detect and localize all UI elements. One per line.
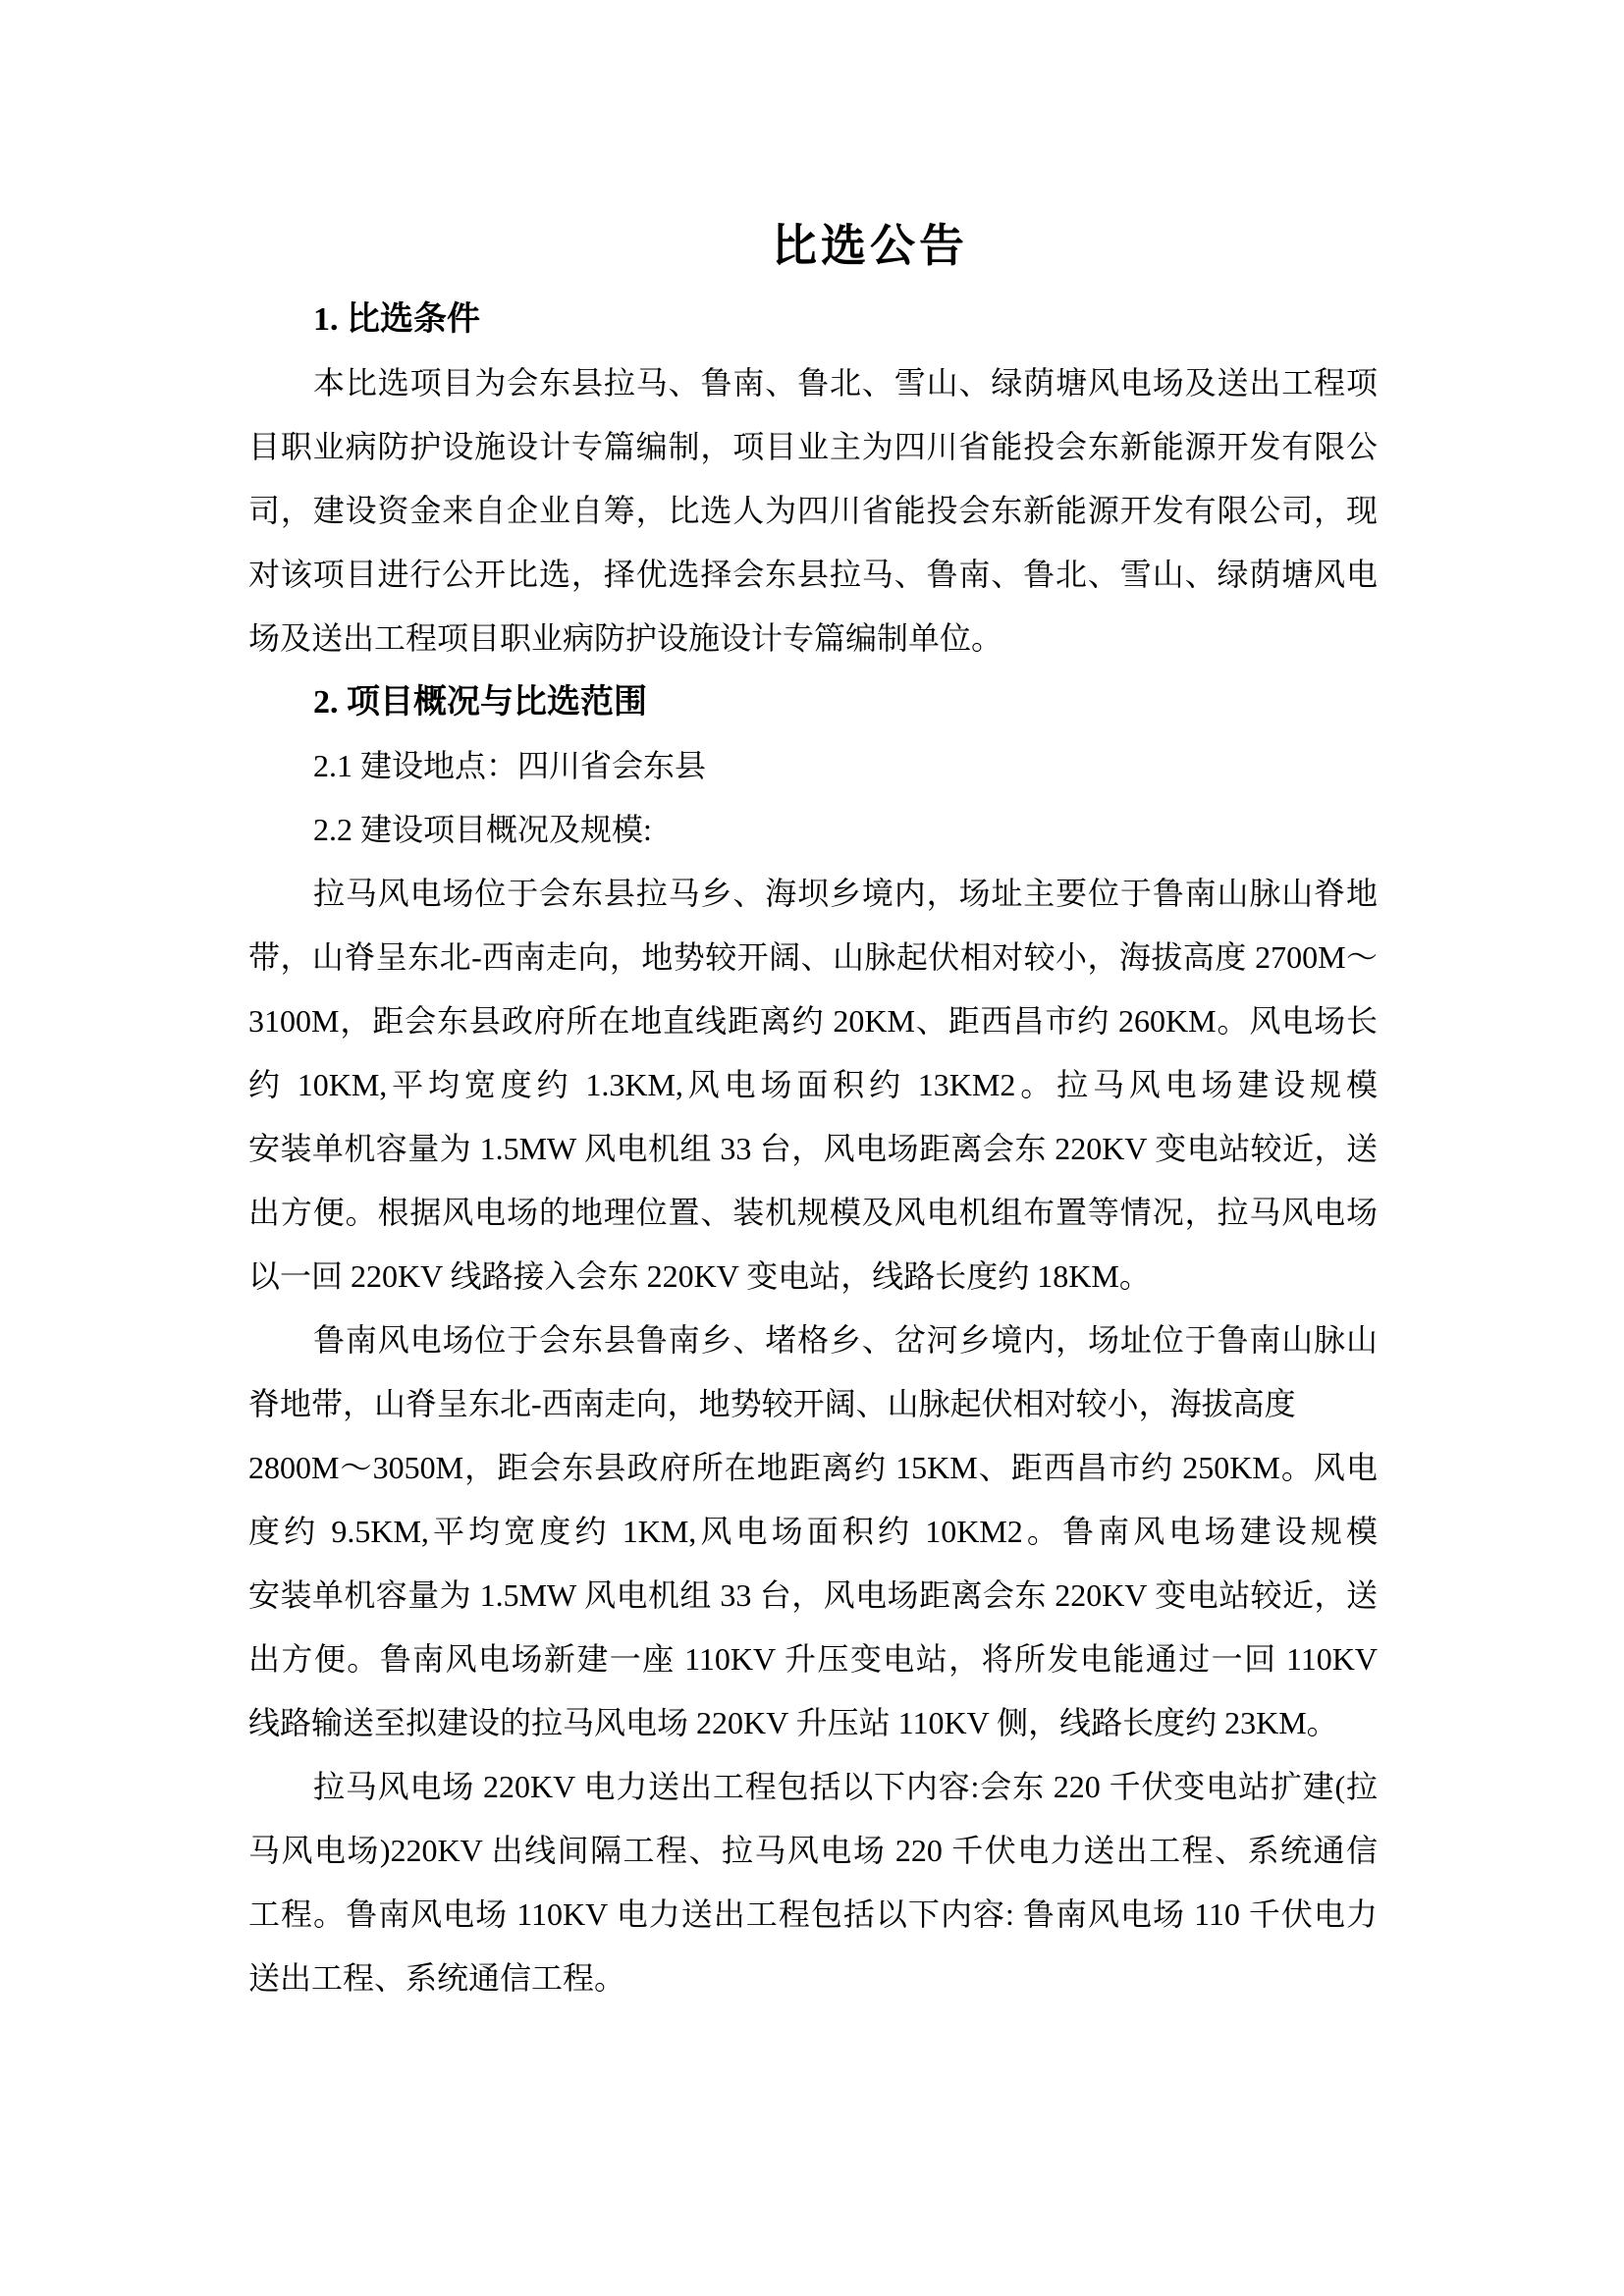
- paragraph-line: 2800M～3050M，距会东县政府所在地距离约 15KM、距西昌市约 250K…: [248, 1436, 1378, 1500]
- paragraph-line: 线路输送至拟建设的拉马风电场 220KV 升压站 110KV 侧，线路长度约 2…: [248, 1691, 1378, 1755]
- paragraph-line: 安装单机容量为 1.5MW 风电机组 33 台，风电场距离会东 220KV 变电…: [248, 1564, 1378, 1628]
- document-body: 1. 比选条件 本比选项目为会东县拉马、鲁南、鲁北、雪山、绿荫塘风电场及送出工程…: [248, 288, 1378, 2010]
- paragraph-line: 出方便。根据风电场的地理位置、装机规模及风电机组布置等情况，拉马风电场: [248, 1181, 1378, 1245]
- paragraph-line: 拉马风电场 220KV 电力送出工程包括以下内容:会东 220 千伏变电站扩建(…: [248, 1755, 1378, 1819]
- paragraph-line: 拉马风电场位于会东县拉马乡、海坝乡境内，场址主要位于鲁南山脉山脊地: [248, 862, 1378, 926]
- subsection-line-2-1: 2.1 建设地点：四川省会东县: [248, 734, 1378, 798]
- paragraph-line: 度约 9.5KM,平均宽度约 1KM,风电场面积约 10KM2。鲁南风电场建设规…: [248, 1500, 1378, 1564]
- paragraph-line: 出方便。鲁南风电场新建一座 110KV 升压变电站，将所发电能通过一回 110K…: [248, 1628, 1378, 1691]
- paragraph-line: 3100M，距会东县政府所在地直线距离约 20KM、距西昌市约 260KM。风电…: [248, 989, 1378, 1053]
- paragraph-line: 场及送出工程项目职业病防护设施设计专篇编制单位。: [248, 607, 1378, 670]
- paragraph-line: 鲁南风电场位于会东县鲁南乡、堵格乡、岔河乡境内，场址位于鲁南山脉山: [248, 1308, 1378, 1372]
- paragraph-line: 对该项目进行公开比选，择优选择会东县拉马、鲁南、鲁北、雪山、绿荫塘风电: [248, 543, 1378, 607]
- paragraph-line: 脊地带，山脊呈东北-西南走向，地势较开阔、山脉起伏相对较小，海拔高度: [248, 1372, 1378, 1436]
- paragraph-line: 目职业病防护设施设计专篇编制，项目业主为四川省能投会东新能源开发有限公: [248, 415, 1378, 479]
- paragraph-line: 送出工程、系统通信工程。: [248, 1947, 1378, 2010]
- paragraph-line: 以一回 220KV 线路接入会东 220KV 变电站，线路长度约 18KM。: [248, 1245, 1378, 1308]
- document-page: 比选公告 1. 比选条件 本比选项目为会东县拉马、鲁南、鲁北、雪山、绿荫塘风电场…: [0, 0, 1624, 2296]
- document-title: 比选公告: [305, 218, 1435, 275]
- section-heading-2: 2. 项目概况与比选范围: [248, 670, 1378, 734]
- paragraph-line: 约 10KM,平均宽度约 1.3KM,风电场面积约 13KM2。拉马风电场建设规…: [248, 1053, 1378, 1117]
- paragraph-line: 本比选项目为会东县拉马、鲁南、鲁北、雪山、绿荫塘风电场及送出工程项: [248, 351, 1378, 415]
- paragraph-line: 带，山脊呈东北-西南走向，地势较开阔、山脉起伏相对较小，海拔高度 2700M～: [248, 926, 1378, 989]
- paragraph-line: 马风电场)220KV 出线间隔工程、拉马风电场 220 千伏电力送出工程、系统通…: [248, 1819, 1378, 1883]
- subsection-line-2-2: 2.2 建设项目概况及规模:: [248, 798, 1378, 862]
- section-heading-1: 1. 比选条件: [248, 288, 1378, 351]
- paragraph-line: 安装单机容量为 1.5MW 风电机组 33 台，风电场距离会东 220KV 变电…: [248, 1117, 1378, 1181]
- paragraph-line: 司，建设资金来自企业自筹，比选人为四川省能投会东新能源开发有限公司，现: [248, 479, 1378, 543]
- paragraph-line: 工程。鲁南风电场 110KV 电力送出工程包括以下内容: 鲁南风电场 110 千…: [248, 1883, 1378, 1947]
